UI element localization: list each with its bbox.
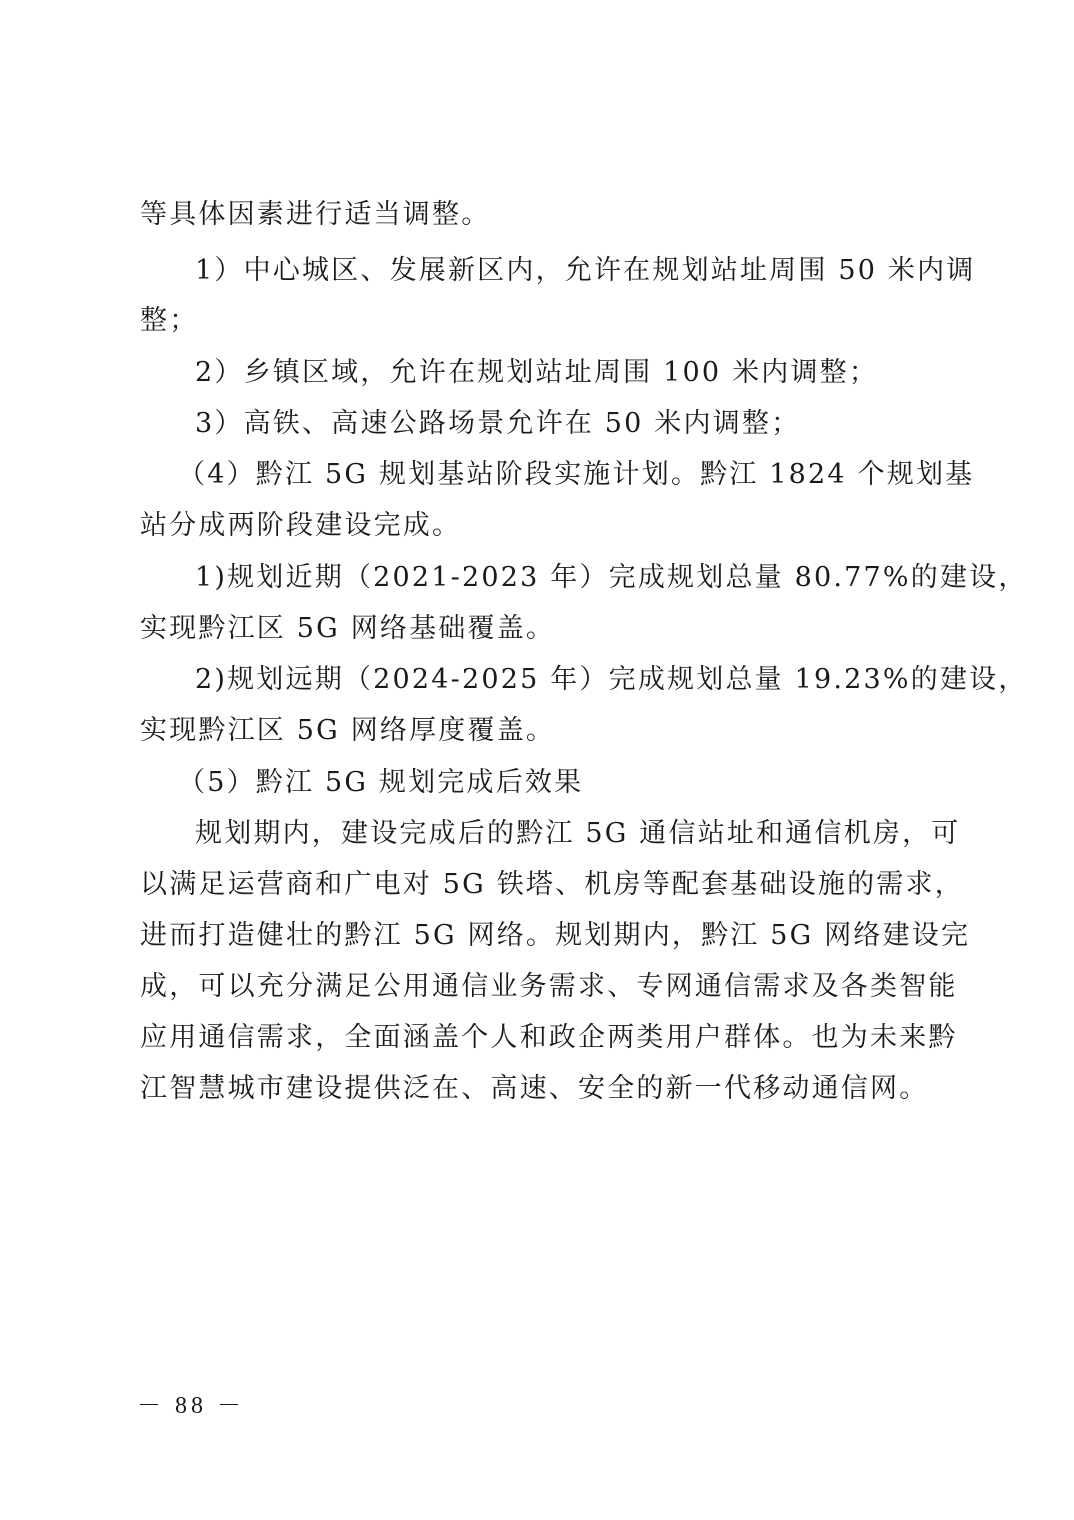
paragraph-line: 进而打造健壮的黔江 5G 网络。规划期内，黔江 5G 网络建设完 [140, 919, 940, 953]
list-item-3: 3）高铁、高速公路场景允许在 50 米内调整； [195, 407, 995, 441]
paragraph-line: 实现黔江区 5G 网络基础覆盖。 [140, 612, 940, 646]
section-heading-5: （5）黔江 5G 规划完成后效果 [178, 766, 978, 800]
paragraph-line: 江智慧城市建设提供泛在、高速、安全的新一代移动通信网。 [140, 1072, 940, 1106]
list-item-2: 2）乡镇区域，允许在规划站址周围 100 米内调整； [195, 356, 995, 390]
paragraph-line: 实现黔江区 5G 网络厚度覆盖。 [140, 714, 940, 748]
paragraph-line: 站分成两阶段建设完成。 [140, 509, 940, 543]
paragraph-line: 以满足运营商和广电对 5G 铁塔、机房等配套基础设施的需求， [140, 868, 940, 902]
list-item-1: 1）中心城区、发展新区内，允许在规划站址周围 50 米内调 [195, 254, 995, 288]
paragraph-line: 整； [140, 304, 940, 338]
page-number: － 88 － [137, 1385, 245, 1420]
paragraph-line: 规划期内，建设完成后的黔江 5G 通信站址和通信机房，可 [195, 817, 995, 851]
section-heading-4: （4）黔江 5G 规划基站阶段实施计划。黔江 1824 个规划基 [178, 458, 978, 492]
phase-long-term: 2)规划远期（2024-2025 年）完成规划总量 19.23%的建设， [195, 663, 995, 697]
paragraph-line: 成，可以充分满足公用通信业务需求、专网通信需求及各类智能 [140, 970, 940, 1004]
paragraph-line: 应用通信需求，全面涵盖个人和政企两类用户群体。也为未来黔 [140, 1021, 940, 1055]
paragraph-line: 等具体因素进行适当调整。 [140, 198, 940, 232]
phase-near-term: 1)规划近期（2021-2023 年）完成规划总量 80.77%的建设， [195, 561, 995, 595]
